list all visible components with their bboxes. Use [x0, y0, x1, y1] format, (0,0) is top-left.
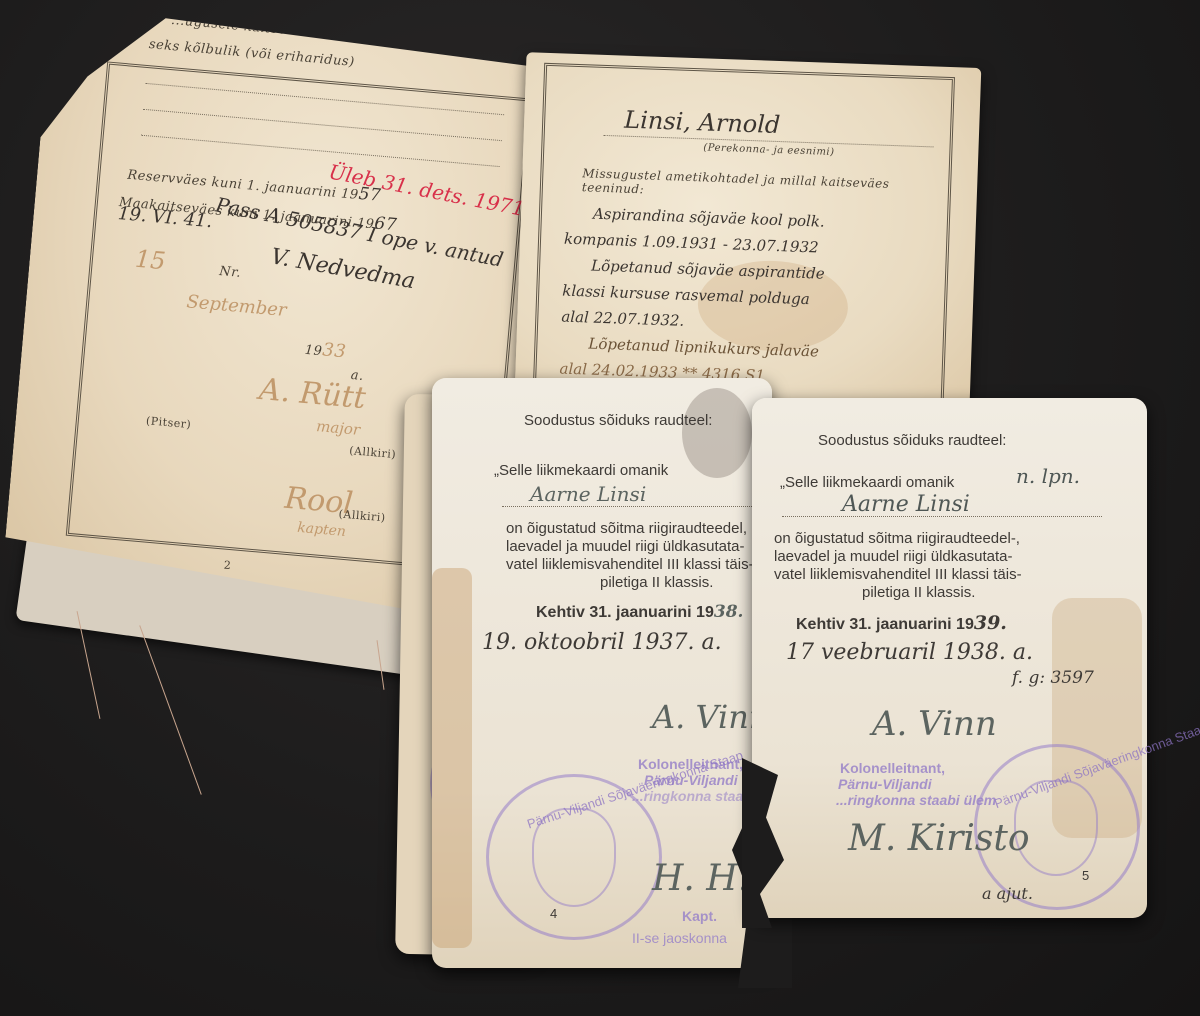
stamp-title: Kolonelleitnant, [840, 760, 945, 776]
page-number: 2 [223, 559, 232, 573]
torn-edge [742, 758, 802, 928]
page-number: 5 [1082, 868, 1089, 883]
body-line: laevadel ja muudel riigi üldkasutata- [774, 548, 1012, 565]
valid-until: Kehtiv 31. jaanuarini 1938. [536, 602, 743, 622]
body-line: vatel liiklemisvahenditel III klassi täi… [774, 566, 1022, 583]
year-field: 1933 [304, 338, 347, 363]
body-line: on õigustatud sõitma riigiraudteedel, [506, 520, 747, 537]
valid-until: Kehtiv 31. jaanuarini 1939. [796, 612, 1007, 634]
owner-label: „Selle liikmekaardi omanik [494, 462, 668, 479]
printed-header-line2: seks kõlbulik (või eriharidus) [148, 37, 355, 70]
card-heading: Soodustus sõiduks raudteel: [818, 432, 1006, 449]
owner-label: „Selle liikmekaardi omanik [780, 474, 954, 491]
owner-name: Aarne Linsi [530, 482, 646, 506]
owner-line [502, 506, 762, 507]
body-line: laevadel ja muudel riigi üldkasutata- [506, 538, 744, 555]
signature-adjutant: M. Kiristo [848, 818, 1030, 859]
body-line: vatel liiklemisvahenditel III klassi täi… [506, 556, 754, 573]
card-heading: Soodustus sõiduks raudteel: [524, 412, 712, 429]
stamp-title: Pärnu-Viljandi [838, 776, 932, 792]
body-line: piletiga II klassis. [600, 574, 713, 591]
signature-commander: A. Vinn [872, 704, 997, 744]
issue-date: 17 veebruaril 1938. a. [786, 640, 1033, 665]
membership-card-1937: Soodustus sõiduks raudteel: „Selle liikm… [432, 378, 772, 968]
owner-rank: n. lpn. [1016, 464, 1080, 488]
stamp-title: II-se jaoskonna [632, 930, 727, 946]
signature-note: a ajut. [982, 884, 1033, 903]
owner-name: Aarne Linsi [842, 492, 970, 517]
stamp-title: ...ringkonna staabi ülem [836, 792, 996, 808]
name-handwritten: Linsi, Arnold [624, 106, 781, 139]
body-line: on õigustatud sõitma riigiraudteedel-, [774, 530, 1020, 547]
owner-line [782, 516, 1102, 517]
signature-1-title: major [315, 417, 360, 439]
dirt-stain [682, 388, 752, 478]
page-number: 4 [550, 906, 557, 921]
nr-label: Nr. [219, 264, 242, 281]
loose-thread [139, 625, 202, 794]
body-line: piletiga II klassis. [862, 584, 975, 601]
signature-captain: H. H. [652, 858, 749, 899]
day-number: 15 [134, 245, 167, 276]
membership-card-1938: Soodustus sõiduks raudteel: „Selle liikm… [752, 398, 1147, 918]
water-stain [432, 568, 472, 948]
reference-number: f. g: 3597 [1012, 668, 1094, 688]
stamp-title: Kapt. [682, 908, 717, 924]
issue-date: 19. oktoobril 1937. a. [482, 630, 722, 655]
